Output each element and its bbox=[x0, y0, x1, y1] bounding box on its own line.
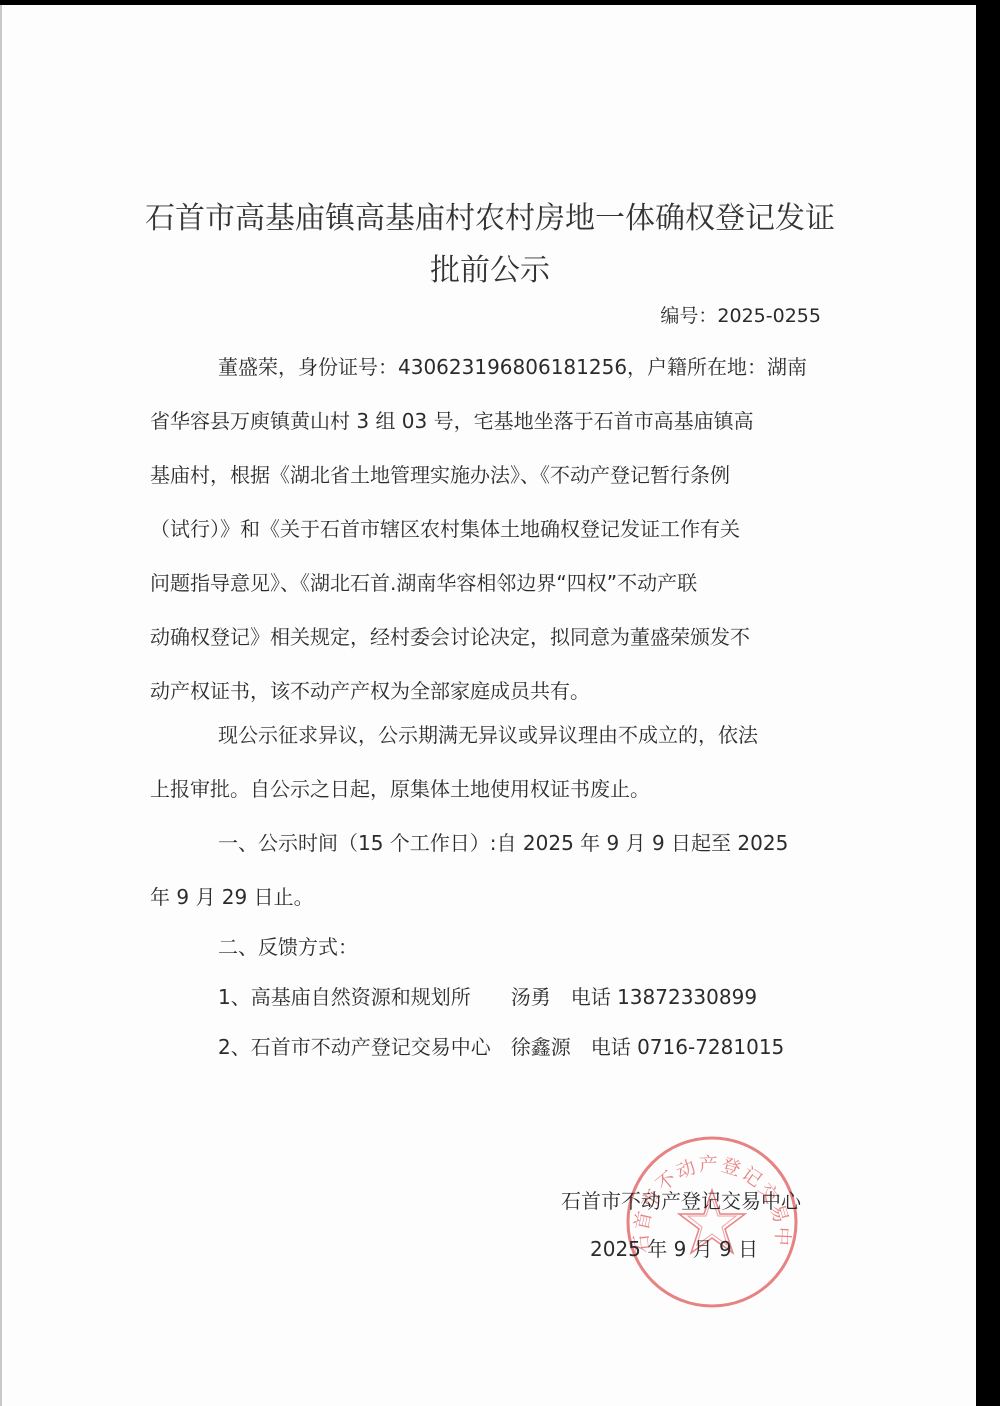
paragraph-line: 上报审批。自公示之日起，原集体土地使用权证书废止。 bbox=[150, 775, 650, 803]
contact-item: 2、石首市不动产登记交易中心 徐鑫源 电话 0716-7281015 bbox=[218, 1033, 784, 1061]
paragraph-line: 现公示征求异议，公示期满无异议或异议理由不成立的，依法 bbox=[218, 721, 758, 749]
issuing-organization: 石首市不动产登记交易中心 bbox=[561, 1185, 801, 1214]
paragraph-line: 基庙村，根据《湖北省土地管理实施办法》、《不动产登记暂行条例 bbox=[150, 461, 730, 489]
publicity-period-line: 一、公示时间（15 个工作日）:自 2025 年 9 月 9 日起至 2025 bbox=[218, 829, 788, 857]
paragraph-line: （试行）》和《关于石首市辖区农村集体土地确权登记发证工作有关 bbox=[150, 515, 740, 543]
paragraph-line: 问题指导意见》、《湖北石首.湖南华容相邻边界“四权”不动产联 bbox=[150, 569, 697, 597]
contact-item: 1、高基庙自然资源和规划所 汤勇 电话 13872330899 bbox=[218, 983, 757, 1011]
paragraph-line: 动产权证书，该不动产产权为全部家庭成员共有。 bbox=[150, 677, 590, 705]
feedback-heading: 二、反馈方式： bbox=[218, 933, 358, 961]
document-number: 编号：2025-0255 bbox=[660, 301, 821, 328]
paragraph-line: 动确权登记》相关规定，经村委会讨论决定，拟同意为董盛荣颁发不 bbox=[150, 623, 750, 651]
issue-date: 2025 年 9 月 9 日 bbox=[590, 1233, 758, 1262]
scanned-page: 石首市高基庙镇高基庙村农村房地一体确权登记发证 批前公示 编号：2025-025… bbox=[0, 5, 976, 1406]
document-title-line1: 石首市高基庙镇高基庙村农村房地一体确权登记发证 bbox=[140, 193, 840, 237]
publicity-period-line: 年 9 月 29 日止。 bbox=[150, 883, 314, 911]
official-seal-icon: 石首市不动产登记交易中心 bbox=[622, 1132, 802, 1312]
notice-document: 石首市高基庙镇高基庙村农村房地一体确权登记发证 批前公示 编号：2025-025… bbox=[0, 5, 976, 1406]
paragraph-line: 董盛荣，身份证号：430623196806181256，户籍所在地：湖南 bbox=[218, 353, 807, 381]
document-title-line2: 批前公示 bbox=[140, 245, 840, 289]
paragraph-line: 省华容县万庾镇黄山村 3 组 03 号，宅基地坐落于石首市高基庙镇高 bbox=[150, 407, 754, 435]
